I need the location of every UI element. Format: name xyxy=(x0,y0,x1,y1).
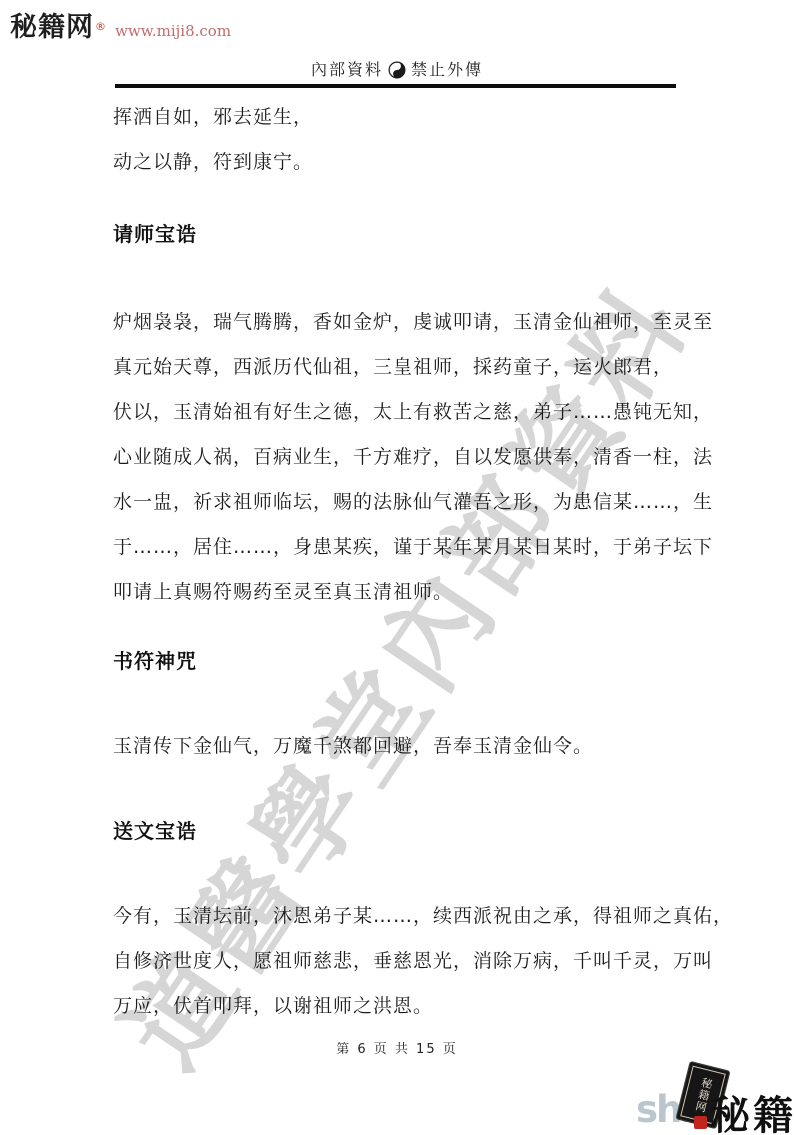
section-title-shufushenzhou: 书符神咒 xyxy=(113,648,683,674)
body-line: 叩请上真赐符赐药至灵至真玉清祖师。 xyxy=(113,579,683,605)
header-rule xyxy=(115,84,676,88)
header-left-text: 內部資料 xyxy=(311,60,383,79)
corner-calligraphy-text: 秘籍网 xyxy=(710,1084,794,1135)
section-title-qingshibaogao: 请师宝诰 xyxy=(113,221,683,247)
corner-watermark-logo: shiz 秘籍网 秘籍网 xyxy=(636,1064,794,1135)
site-logo-name: 秘籍网 xyxy=(10,12,94,43)
body-line: 玉清传下金仙气，万魔千煞都回避，吾奉玉清金仙令。 xyxy=(113,733,683,759)
page-number: 第 6 页 共 15 页 xyxy=(0,1038,794,1057)
site-url: www.miji8.com xyxy=(115,22,231,40)
body-line: 心业随成人祸，百病业生，千方难疗，自以发愿供奉，清香一柱，法 xyxy=(113,444,683,470)
body-line: 自修济世度人，愿祖师慈悲，垂慈恩光，消除万病，千叫千灵，万叫 xyxy=(113,948,683,974)
document-page: 道醫學堂內部資料 秘籍网® www.miji8.com 內部資料 禁止外傳 挥洒… xyxy=(0,0,794,1135)
body-line: 炉烟袅袅，瑞气腾腾，香如金炉，虔诚叩请，玉清金仙祖师，至灵至 xyxy=(113,309,683,335)
intro-line: 动之以静，符到康宁。 xyxy=(113,149,683,175)
registered-mark: ® xyxy=(95,20,106,33)
red-seal-icon xyxy=(694,1116,707,1129)
header-right-text: 禁止外傳 xyxy=(411,60,483,79)
body-line: 今有，玉清坛前，沐恩弟子某……，续西派祝由之承，得祖师之真佑， xyxy=(113,903,683,929)
body-line: 伏以，玉清始祖有好生之德，太上有救苦之慈，弟子……愚钝无知， xyxy=(113,399,683,425)
page-header: 內部資料 禁止外傳 xyxy=(0,57,794,80)
body-line: 水一盅，祈求祖师临坛，赐的法脉仙气灌吾之形，为患信某……，生 xyxy=(113,489,683,515)
section-title-songwenbaogao: 送文宝诰 xyxy=(113,818,683,844)
body-line: 真元始天尊，西派历代仙祖，三皇祖师，採药童子，运火郎君， xyxy=(113,354,683,380)
yin-yang-icon xyxy=(388,61,406,79)
intro-line: 挥洒自如，邪去延生， xyxy=(113,104,683,130)
site-logo: 秘籍网® www.miji8.com xyxy=(10,5,231,44)
body-line: 万应，伏首叩拜，以谢祖师之洪恩。 xyxy=(113,993,683,1019)
body-line: 于……，居住……，身患某疾，谨于某年某月某日某时，于弟子坛下 xyxy=(113,534,683,560)
